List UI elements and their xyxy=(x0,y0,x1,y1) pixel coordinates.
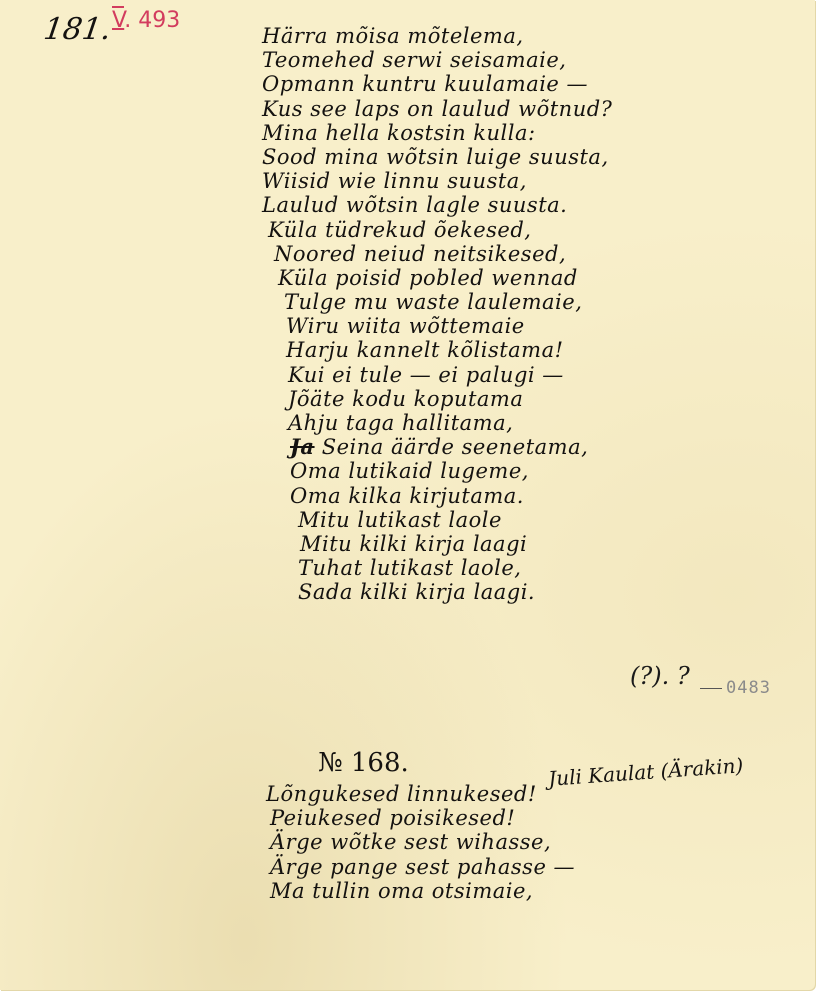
verse-line: Jõäte kodu koputama xyxy=(262,387,612,411)
verse-line: Sada kilki kirja laagi. xyxy=(262,580,612,604)
archive-mark: V. 493 xyxy=(112,8,180,33)
archive-stamp: 0483 xyxy=(700,678,771,698)
verse-line: Harju kannelt kõlistama! xyxy=(262,338,612,362)
verse-line: Tuhat lutikast laole, xyxy=(262,556,612,580)
verse-line: Küla tüdrekud õekesed, xyxy=(262,218,612,242)
page-number: 181. xyxy=(42,12,114,47)
verse-line: Oma kilka kirjutama. xyxy=(262,484,612,508)
archive-mark-number: . 493 xyxy=(124,8,180,33)
verse-line: Kui ei tule — ei palugi — xyxy=(262,363,612,387)
verse-line: Ahju taga hallitama, xyxy=(262,411,612,435)
singer-name: Juli Kaulat (Ärakin) xyxy=(547,753,744,791)
archive-mark-roman: V xyxy=(112,6,124,33)
verse-line: Laulud wõtsin lagle suusta. xyxy=(262,193,612,217)
verse-line: Sood mina wõtsin luige suusta, xyxy=(262,145,612,169)
stamp-dash xyxy=(700,688,722,689)
verse-line: Mitu kilki kirja laagi xyxy=(262,532,612,556)
verse-line: Wiru wiita wõttemaie xyxy=(262,314,612,338)
verse-text: Seina äärde seenetama, xyxy=(322,435,589,459)
verse-line: Noored neiud neitsikesed, xyxy=(262,242,612,266)
verse-line: Opmann kuntru kuulamaie — xyxy=(262,72,612,96)
verse-line: Wiisid wie linnu suusta, xyxy=(262,169,612,193)
verse-line: Ärge wõtke sest wihasse, xyxy=(266,830,575,854)
verse-line: Oma lutikaid lugeme, xyxy=(262,459,612,483)
verse-line: Kus see laps on laulud wõtnud? xyxy=(262,97,612,121)
verse-line: Lõngukesed linnukesed! xyxy=(266,782,575,806)
manuscript-page: 181. V. 493 Härra mõisa mõtelema, Teomeh… xyxy=(0,0,815,990)
song-number: № 168. xyxy=(318,748,409,778)
verse-line: Küla poisid pobled wennad xyxy=(262,266,612,290)
verse-line: Ja Seina äärde seenetama, xyxy=(262,435,612,459)
verse-line: Mina hella kostsin kulla: xyxy=(262,121,612,145)
verse-line: Peiukesed poisikesed! xyxy=(266,806,575,830)
struck-out-mark: Ja xyxy=(290,434,315,459)
verse-line: Härra mõisa mõtelema, xyxy=(262,24,612,48)
verse-line: Teomehed serwi seisamaie, xyxy=(262,48,612,72)
verse-line: Ma tullin oma otsimaie, xyxy=(266,879,575,903)
song-168-text-block: Lõngukesed linnukesed! Peiukesed poisike… xyxy=(266,782,575,903)
archive-stamp-number: 0483 xyxy=(726,678,771,698)
verse-line: Mitu lutikast laole xyxy=(262,508,612,532)
margin-note: (?). ? xyxy=(630,662,690,690)
verse-line: Ärge pange sest pahasse — xyxy=(266,855,575,879)
verse-line: Tulge mu waste laulemaie, xyxy=(262,290,612,314)
song-text-block: Härra mõisa mõtelema, Teomehed serwi sei… xyxy=(262,24,612,605)
